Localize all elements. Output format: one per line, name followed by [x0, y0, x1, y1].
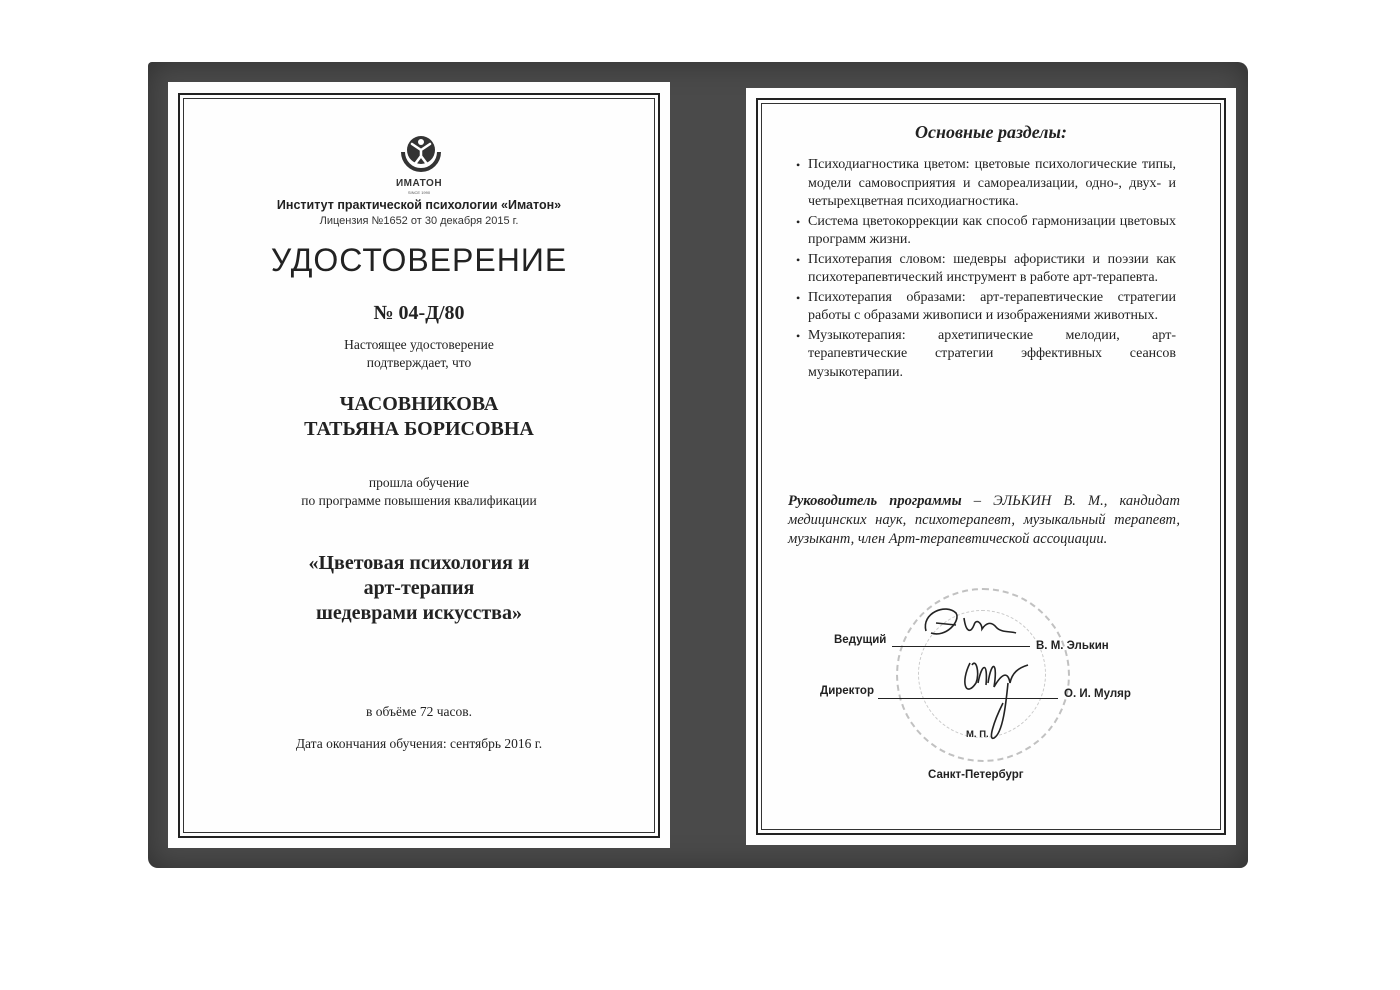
program-line: шедеврами искусства»	[168, 601, 670, 626]
completed-text: прошла обучение по программе повышения к…	[168, 474, 670, 510]
program-director: Руководитель программы – ЭЛЬКИН В. М., к…	[788, 492, 1180, 549]
logo-since: SINCE 1990	[168, 190, 670, 195]
sections-list: •Психодиагностика цветом: цветовые психо…	[794, 156, 1176, 383]
list-item: •Психодиагностика цветом: цветовые психо…	[794, 156, 1176, 212]
section-text: Психодиагностика цветом: цветовые психол…	[808, 157, 1176, 209]
institute-name: Институт практической психологии «Иматон…	[168, 198, 670, 212]
certificate-number: № 04-Д/80	[168, 302, 670, 325]
end-date-text: Дата окончания обучения: сентябрь 2016 г…	[168, 736, 670, 752]
list-item: •Музыкотерапия: архетипические мелодии, …	[794, 327, 1176, 383]
list-item: •Психотерапия образами: арт-терапевтичес…	[794, 289, 1176, 326]
signature-line	[892, 646, 1030, 647]
confirm-line: подтверждает, что	[168, 354, 670, 372]
person-given-names: ТАТЬЯНА БОРИСОВНА	[168, 417, 670, 442]
signature-role: Директор	[820, 685, 874, 697]
person-name: ЧАСОВНИКОВА ТАТЬЯНА БОРИСОВНА	[168, 392, 670, 442]
license-text: Лицензия №1652 от 30 декабря 2015 г.	[168, 215, 670, 227]
completed-line: по программе повышения квалификации	[168, 492, 670, 510]
list-item: •Система цветокоррекции как способ гармо…	[794, 213, 1176, 250]
person-surname: ЧАСОВНИКОВА	[168, 392, 670, 417]
imaton-logo-icon	[396, 132, 446, 182]
bullet-icon: •	[796, 251, 800, 270]
document-title: УДОСТОВЕРЕНИЕ	[168, 242, 670, 279]
hours-text: в объёме 72 часов.	[168, 704, 670, 720]
sections-title: Основные разделы:	[746, 122, 1236, 143]
bullet-icon: •	[796, 289, 800, 308]
section-text: Психотерапия словом: шедевры афористики …	[808, 252, 1176, 286]
program-line: «Цветовая психология и	[168, 551, 670, 576]
section-text: Психотерапия образами: арт-терапевтическ…	[808, 290, 1176, 324]
signature-icon	[958, 643, 1038, 743]
signature-name: О. И. Муляр	[1064, 688, 1131, 700]
city-label: Санкт-Петербург	[928, 769, 1024, 781]
section-text: Система цветокоррекции как способ гармон…	[808, 214, 1176, 248]
signature-name: В. М. Элькин	[1036, 640, 1109, 652]
logo-name: ИМАТОН	[168, 178, 670, 189]
signature-role: Ведущий	[834, 634, 886, 646]
confirm-line: Настоящее удостоверение	[168, 336, 670, 354]
certificate-left-page: ИМАТОН SINCE 1990 Институт практической …	[168, 82, 670, 848]
confirm-text: Настоящее удостоверение подтверждает, чт…	[168, 336, 670, 372]
stamp-place-label: М. П.	[966, 729, 989, 740]
director-label: Руководитель программы	[788, 493, 962, 509]
bullet-icon: •	[796, 156, 800, 175]
list-item: •Психотерапия словом: шедевры афористики…	[794, 251, 1176, 288]
completed-line: прошла обучение	[168, 474, 670, 492]
bullet-icon: •	[796, 327, 800, 346]
bullet-icon: •	[796, 213, 800, 232]
program-title: «Цветовая психология и арт-терапия шедев…	[168, 551, 670, 626]
section-text: Музыкотерапия: архетипические мелодии, а…	[808, 328, 1176, 380]
certificate-right-page: Основные разделы: •Психодиагностика цвет…	[746, 88, 1236, 845]
signature-line	[878, 698, 1058, 699]
program-line: арт-терапия	[168, 576, 670, 601]
